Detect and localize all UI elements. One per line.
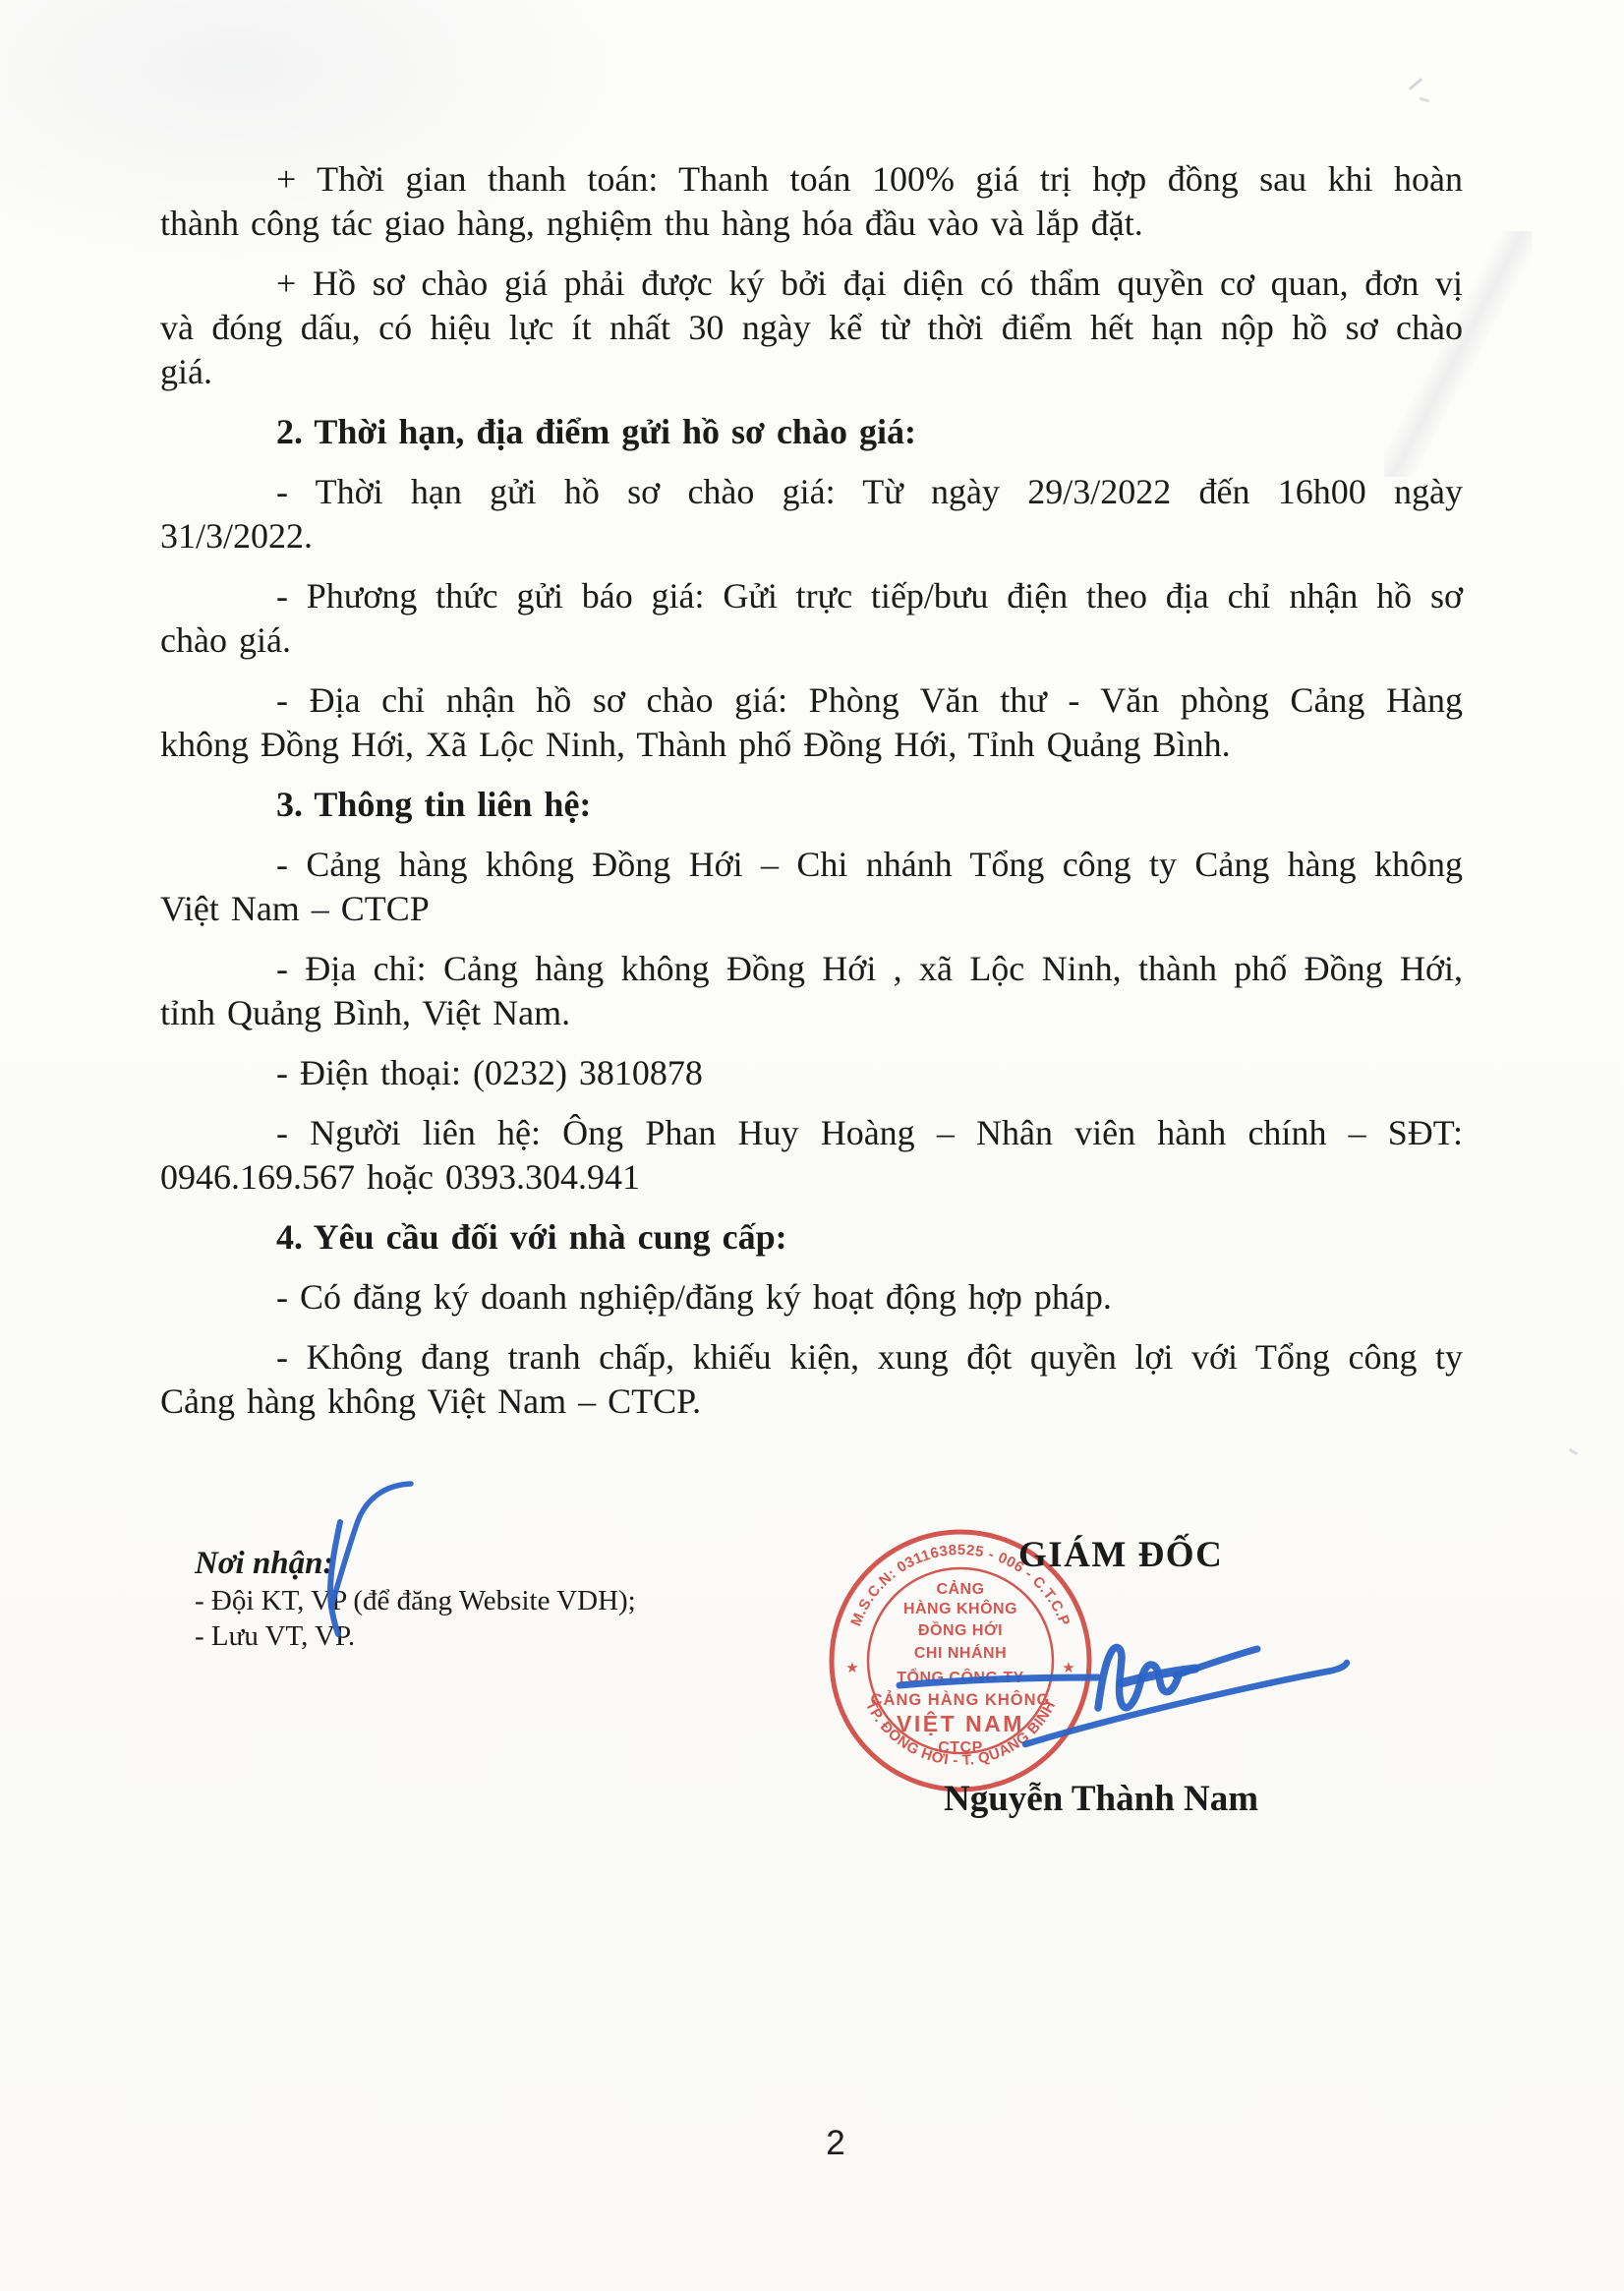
- section-heading: 4. Yêu cầu đối với nhà cung cấp:: [160, 1215, 1463, 1260]
- paragraph: - Người liên hệ: Ông Phan Huy Hoàng – Nh…: [160, 1111, 1463, 1200]
- recipients-block: Nơi nhận: - Đội KT, VP (để đăng Website …: [195, 1544, 745, 1654]
- text-line: - Có đăng ký doanh nghiệp/đăng ký hoạt đ…: [160, 1275, 1463, 1320]
- stamp-center-line: VIỆT NAM: [897, 1710, 1024, 1736]
- text-line: + Thời gian thanh toán: Thanh toán 100% …: [160, 157, 1463, 202]
- stamp-center-line: CTCP: [938, 1739, 983, 1756]
- text-line: và đóng dấu, có hiệu lực ít nhất 30 ngày…: [160, 306, 1463, 350]
- paragraph: + Thời gian thanh toán: Thanh toán 100% …: [160, 157, 1463, 246]
- text-line: 2. Thời hạn, địa điểm gửi hồ sơ chào giá…: [160, 410, 1463, 454]
- recipient-line: - Đội KT, VP (để đăng Website VDH);: [195, 1583, 745, 1618]
- paragraph: - Địa chỉ: Cảng hàng không Đồng Hới , xã…: [160, 947, 1463, 1035]
- document-body: + Thời gian thanh toán: Thanh toán 100% …: [160, 157, 1463, 1424]
- paragraph: - Có đăng ký doanh nghiệp/đăng ký hoạt đ…: [160, 1275, 1463, 1320]
- stamp-center-line: CẢNG HÀNG KHÔNG: [871, 1690, 1051, 1709]
- text-line: + Hồ sơ chào giá phải được ký bởi đại di…: [160, 262, 1463, 306]
- text-line: - Phương thức gửi báo giá: Gửi trực tiếp…: [160, 574, 1463, 618]
- text-line: - Không đang tranh chấp, khiếu kiện, xun…: [160, 1335, 1463, 1380]
- text-line: không Đồng Hới, Xã Lộc Ninh, Thành phố Đ…: [160, 723, 1463, 767]
- recipient-line: - Lưu VT, VP.: [195, 1618, 745, 1654]
- paragraph: - Không đang tranh chấp, khiếu kiện, xun…: [160, 1335, 1463, 1424]
- stamp-center-line: TỔNG CÔNG TY: [897, 1668, 1024, 1686]
- text-line: tỉnh Quảng Bình, Việt Nam.: [160, 991, 1463, 1035]
- stamp-center-line: CẢNG: [936, 1579, 984, 1598]
- paragraph: + Hồ sơ chào giá phải được ký bởi đại di…: [160, 262, 1463, 394]
- star-icon: ★: [845, 1660, 858, 1676]
- signer-name: Nguyễn Thành Nam: [944, 1778, 1258, 1820]
- stamp-center-line: HÀNG KHÔNG: [903, 1599, 1017, 1617]
- paragraph: - Thời hạn gửi hồ sơ chào giá: Từ ngày 2…: [160, 470, 1463, 558]
- text-line: - Điện thoại: (0232) 3810878: [160, 1051, 1463, 1095]
- text-line: chào giá.: [160, 618, 1463, 663]
- text-line: - Địa chỉ: Cảng hàng không Đồng Hới , xã…: [160, 947, 1463, 991]
- director-title: GIÁM ĐỐC: [1018, 1534, 1223, 1576]
- page-number: 2: [777, 2124, 895, 2163]
- text-line: - Thời hạn gửi hồ sơ chào giá: Từ ngày 2…: [160, 470, 1463, 514]
- stamp-center-line: CHI NHÁNH: [914, 1643, 1007, 1662]
- star-icon: ★: [1062, 1660, 1074, 1676]
- recipients-label: Nơi nhận:: [195, 1544, 745, 1583]
- paragraph: - Điện thoại: (0232) 3810878: [160, 1051, 1463, 1095]
- scan-speck: [1569, 1448, 1578, 1455]
- text-line: Cảng hàng không Việt Nam – CTCP.: [160, 1380, 1463, 1424]
- text-line: giá.: [160, 350, 1463, 394]
- scan-speck: [1409, 78, 1422, 90]
- section-heading: 2. Thời hạn, địa điểm gửi hồ sơ chào giá…: [160, 410, 1463, 454]
- text-line: - Cảng hàng không Đồng Hới – Chi nhánh T…: [160, 843, 1463, 887]
- paragraph: - Cảng hàng không Đồng Hới – Chi nhánh T…: [160, 843, 1463, 931]
- scanned-document-page: + Thời gian thanh toán: Thanh toán 100% …: [0, 0, 1624, 2291]
- text-line: - Người liên hệ: Ông Phan Huy Hoàng – Nh…: [160, 1111, 1463, 1155]
- stamp-center-line: ĐỒNG HỚI: [918, 1620, 1003, 1639]
- scan-speck: [1420, 97, 1429, 102]
- paragraph: - Phương thức gửi báo giá: Gửi trực tiếp…: [160, 574, 1463, 663]
- recipients-list: - Đội KT, VP (để đăng Website VDH);- Lưu…: [195, 1583, 745, 1654]
- section-heading: 3. Thông tin liên hệ:: [160, 783, 1463, 827]
- text-line: thành công tác giao hàng, nghiệm thu hàn…: [160, 202, 1463, 246]
- paragraph: - Địa chỉ nhận hồ sơ chào giá: Phòng Văn…: [160, 678, 1463, 767]
- text-line: 31/3/2022.: [160, 514, 1463, 558]
- text-line: - Địa chỉ nhận hồ sơ chào giá: Phòng Văn…: [160, 678, 1463, 723]
- text-line: 0946.169.567 hoặc 0393.304.941: [160, 1155, 1463, 1200]
- text-line: 4. Yêu cầu đối với nhà cung cấp:: [160, 1215, 1463, 1260]
- text-line: Việt Nam – CTCP: [160, 887, 1463, 931]
- text-line: 3. Thông tin liên hệ:: [160, 783, 1463, 827]
